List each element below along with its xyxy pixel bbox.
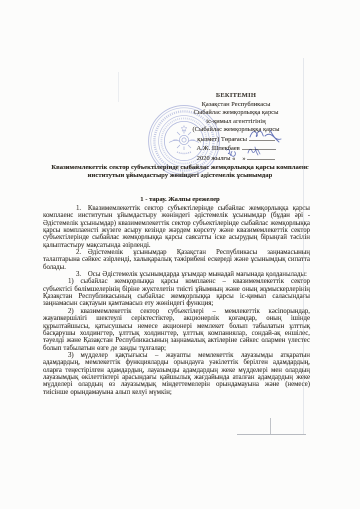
chapter-heading: 1 - тарау. Жалпы ережелер <box>40 196 320 203</box>
handwritten-signature-icon <box>248 127 284 144</box>
subparagraph-3: 3) мүдделер қақтығысы – жауапты мемлекет… <box>43 352 310 396</box>
approval-line: іс-қимыл агенттігінің <box>183 118 289 127</box>
approval-line: Сыбайлас жемқорлыққа қарсы <box>183 109 289 118</box>
paragraph-2: 2. Әдістемелік ұсынымдар Қазақстан Респу… <box>43 249 310 271</box>
document-body: 1. Квазимемлекеттік сектор субъектілерін… <box>43 205 310 396</box>
scan-artifact-vertical-line <box>270 418 271 435</box>
subparagraph-1: 1) сыбайлас жемқорлыққа қарсы комплаенс … <box>43 278 310 307</box>
handwritten-date-day-icon <box>225 148 236 157</box>
paragraph-1: 1. Квазимемлекеттік сектор субъектілерін… <box>43 205 310 249</box>
subparagraph-2: 2) квазимемлекеттік сектор субъектілері … <box>43 308 310 352</box>
approval-heading: БЕКІТЕМІН <box>183 92 289 101</box>
scanned-document-page: БЕКІТЕМІН Қазақстан Республикасы Сыбайла… <box>0 0 360 509</box>
handwritten-date-month-icon <box>246 145 264 156</box>
approval-signer-row: А.Ж. Шпекбаев <box>183 144 289 154</box>
approval-date-row: 2020 жылғы «» <box>183 154 289 164</box>
scan-artifact-vertical-line <box>303 58 304 434</box>
scan-artifact-horizontal-line <box>237 434 306 435</box>
approval-line: Қазақстан Республикасы <box>183 101 289 110</box>
scan-artifact-vertical-line <box>118 72 119 102</box>
document-title: Квазимемлекеттік сектор субъектілерінде … <box>40 164 320 180</box>
